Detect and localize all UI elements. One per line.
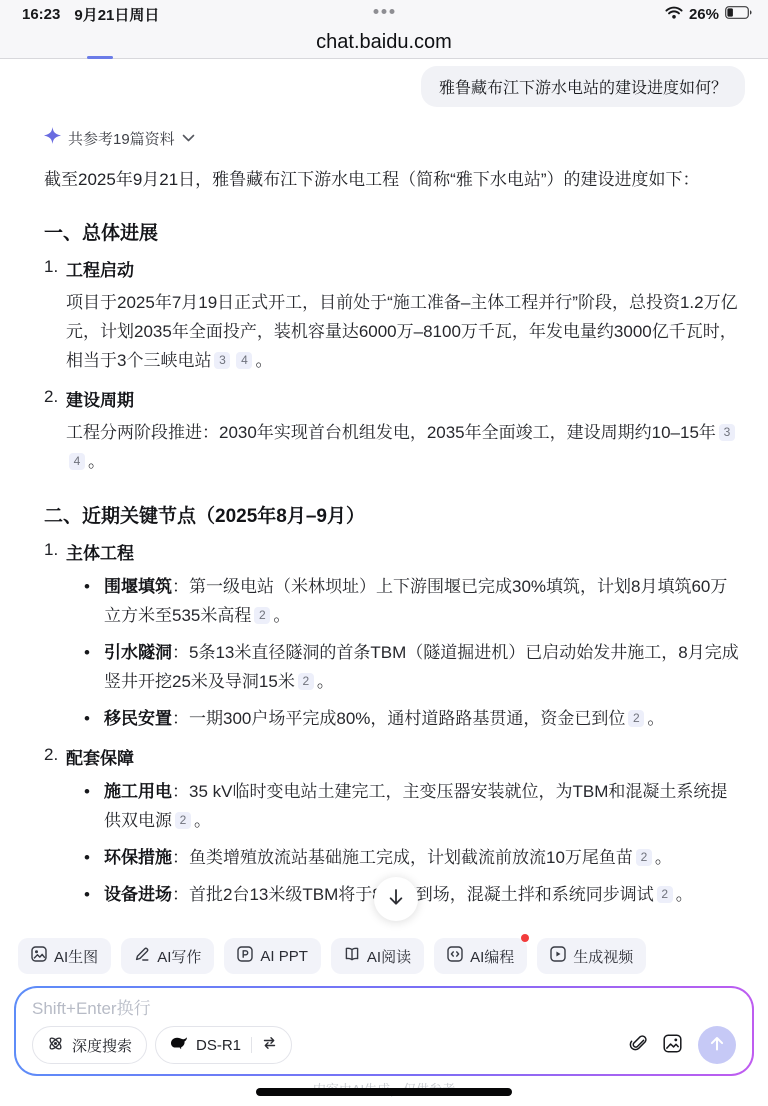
arrow-up-icon [708, 1035, 726, 1056]
deep-search-toggle[interactable]: 深度搜索 [32, 1026, 147, 1064]
citation-badge[interactable]: 2 [636, 849, 652, 866]
upload-image-button[interactable] [663, 1034, 682, 1056]
code-icon [447, 946, 463, 966]
attach-file-button[interactable] [629, 1034, 647, 1056]
chevron-down-icon [182, 134, 195, 142]
page-footer: 内容由AI生成，仅供参考 [0, 1076, 768, 1106]
list-item: 1. 主体工程 围堰填筑：第一级电站（米林坝址）上下游围堰已完成30%填筑，计划… [44, 539, 742, 733]
scroll-to-bottom-button[interactable] [374, 877, 418, 921]
wifi-icon [665, 6, 683, 23]
citation-badge[interactable]: 4 [236, 352, 252, 369]
bullet-item: 引水隧洞：5条13米直径隧洞的首条TBM（隧道掘进机）已启动始发井施工，8月完成… [66, 638, 742, 696]
ai-coding-button[interactable]: AI编程 [434, 938, 527, 974]
battery-icon [725, 6, 752, 23]
clock: 16:23 [22, 6, 60, 23]
ppt-icon [237, 946, 253, 966]
send-button[interactable] [698, 1026, 736, 1064]
notification-dot [521, 934, 529, 942]
chat-input[interactable] [32, 999, 736, 1019]
list-item-title: 建设周期 [66, 386, 742, 411]
paperclip-icon [629, 1034, 647, 1056]
list-item-text: 项目于2025年7月19日正式开工，目前处于“施工准备–主体工程并行”阶段，总投… [66, 288, 742, 375]
book-icon [344, 946, 360, 966]
section-heading-2: 二、近期关键节点（2025年8月–9月） [44, 501, 742, 528]
home-indicator[interactable] [256, 1088, 512, 1096]
references-toggle[interactable]: 共参考19篇资料 [44, 127, 742, 149]
whale-icon [170, 1036, 188, 1054]
bullet-item: 移民安置：一期300户场平完成80%，通村道路路基贯通，资金已到位2。 [66, 704, 742, 733]
citation-badge[interactable]: 2 [298, 673, 314, 690]
citation-badge[interactable]: 3 [719, 424, 735, 441]
section-heading-1: 一、总体进展 [44, 218, 742, 245]
answer-intro: 截至2025年9月21日，雅鲁藏布江下游水电工程（简称“雅下水电站”）的建设进度… [44, 166, 742, 193]
model-selector[interactable]: DS-R1 [155, 1026, 292, 1064]
status-date: 9月21日周日 [74, 4, 159, 25]
ai-image-button[interactable]: AI生图 [18, 938, 111, 974]
video-icon [550, 946, 566, 966]
references-label: 共参考19篇资料 [68, 128, 175, 149]
bullet-item: 围堰填筑：第一级电站（米林坝址）上下游围堰已完成30%填筑，计划8月填筑60万立… [66, 572, 742, 630]
swap-icon [262, 1036, 277, 1054]
citation-badge[interactable]: 2 [254, 607, 270, 624]
divider [251, 1037, 252, 1053]
list-item: 1. 工程启动 项目于2025年7月19日正式开工，目前处于“施工准备–主体工程… [44, 256, 742, 375]
user-message-bubble: 雅鲁藏布江下游水电站的建设进度如何？ [421, 66, 745, 107]
atom-icon [47, 1035, 64, 1056]
citation-badge[interactable]: 3 [214, 352, 230, 369]
battery-percent: 26% [689, 6, 719, 23]
list-item-title: 配套保障 [66, 744, 742, 769]
status-bar: 16:23 9月21日周日 26% [0, 0, 768, 26]
citation-badge[interactable]: 4 [69, 453, 85, 470]
ellipsis-icon [374, 9, 395, 14]
page-title: chat.baidu.com [316, 31, 452, 54]
chat-content: 雅鲁藏布江下游水电站的建设进度如何？ 共参考19篇资料 截至2025年9月21日… [0, 59, 768, 931]
assistant-answer: 共参考19篇资料 截至2025年9月21日，雅鲁藏布江下游水电工程（简称“雅下水… [0, 127, 768, 931]
quick-action-toolbar: AI生图 AI写作 AI PPT AI阅读 [0, 931, 768, 983]
bullet-item: 环保措施：鱼类增殖放流站基础施工完成，计划截流前放流10万尾鱼苗2。 [66, 843, 742, 872]
ai-writing-button[interactable]: AI写作 [121, 938, 214, 974]
list-item: 2. 建设周期 工程分两阶段推进：2030年实现首台机组发电，2035年全面竣工… [44, 386, 742, 476]
bullet-item: 施工用电：35 kV临时变电站土建完工，主变压器安装就位，为TBM和混凝土系统提… [66, 777, 742, 835]
arrow-down-icon [386, 887, 406, 912]
image-icon [31, 946, 47, 966]
generate-video-button[interactable]: 生成视频 [537, 938, 646, 974]
citation-badge[interactable]: 2 [175, 812, 191, 829]
composer: 深度搜索 DS-R1 [14, 986, 754, 1076]
list-item-text: 工程分两阶段推进：2030年实现首台机组发电，2035年全面竣工，建设周期约10… [66, 418, 742, 476]
citation-badge[interactable]: 2 [628, 710, 644, 727]
ai-ppt-button[interactable]: AI PPT [224, 938, 321, 974]
ai-reading-button[interactable]: AI阅读 [331, 938, 424, 974]
pen-icon [134, 946, 150, 966]
citation-badge[interactable]: 2 [657, 886, 673, 903]
list-item-title: 工程启动 [66, 256, 742, 281]
list-item-title: 主体工程 [66, 539, 742, 564]
image-upload-icon [663, 1034, 682, 1056]
sparkle-icon [44, 127, 61, 149]
browser-header: chat.baidu.com [0, 26, 768, 59]
